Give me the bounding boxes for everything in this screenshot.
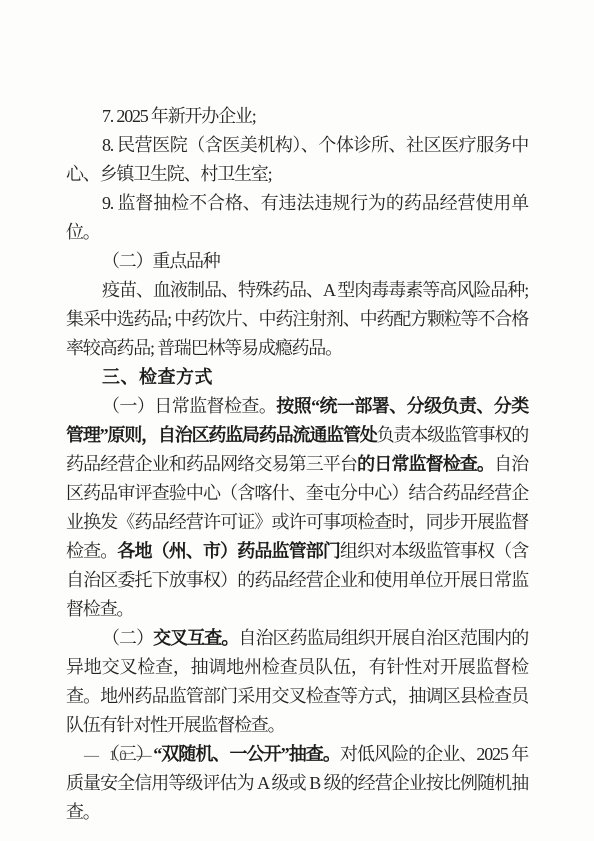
text-run: 三、检查方式 [102,367,213,387]
document-page: 7. 2025 年新开办企业;8. 民营医院（含医美机构）、个体诊所、社区医疗服… [0,0,594,841]
text-run: 7. 2025 年新开办企业; [102,106,256,126]
page-number: — 10 — [84,748,155,765]
paragraph: 9. 监督抽检不合格、有违法违规行为的药品经营使用单位。 [66,189,528,247]
paragraph: 8. 民营医院（含医美机构）、个体诊所、社区医疗服务中心、乡镇卫生院、村卫生室; [66,131,528,189]
paragraph: 7. 2025 年新开办企业; [66,102,528,131]
paragraph: （二）交叉互查。自治区药监局组织开展自治区范围内的异地交叉检查，抽调地州检查员队… [66,624,528,740]
text-run: “双随机、一公开”抽查。 [153,744,340,764]
text-run: 交叉互查。 [153,628,238,648]
paragraph: （二）重点品种 [66,247,528,276]
text-run: （一）日常监督检查。 [102,396,276,416]
text-run: 9. 监督抽检不合格、有违法违规行为的药品经营使用单位。 [66,193,528,242]
section-heading: 三、检查方式 [66,363,528,392]
text-run: （二）重点品种 [102,251,220,271]
paragraph: 疫苗、血液制品、特殊药品、A 型肉毒毒素等高风险品种; 集采中选药品; 中药饮片… [66,276,528,363]
text-run: （二） [102,628,153,648]
text-run: 的日常监督检查。 [357,454,494,474]
text-run: 各地（州、市）药品监管部门 [117,541,340,561]
document-body: 7. 2025 年新开办企业;8. 民营医院（含医美机构）、个体诊所、社区医疗服… [66,102,528,827]
paragraph: （一）日常监督检查。按照“统一部署、分级负责、分类管理”原则，自治区药监局药品流… [66,392,528,624]
text-run: 疫苗、血液制品、特殊药品、A 型肉毒毒素等高风险品种; 集采中选药品; 中药饮片… [66,280,528,358]
text-run: 8. 民营医院（含医美机构）、个体诊所、社区医疗服务中心、乡镇卫生院、村卫生室; [66,135,528,184]
